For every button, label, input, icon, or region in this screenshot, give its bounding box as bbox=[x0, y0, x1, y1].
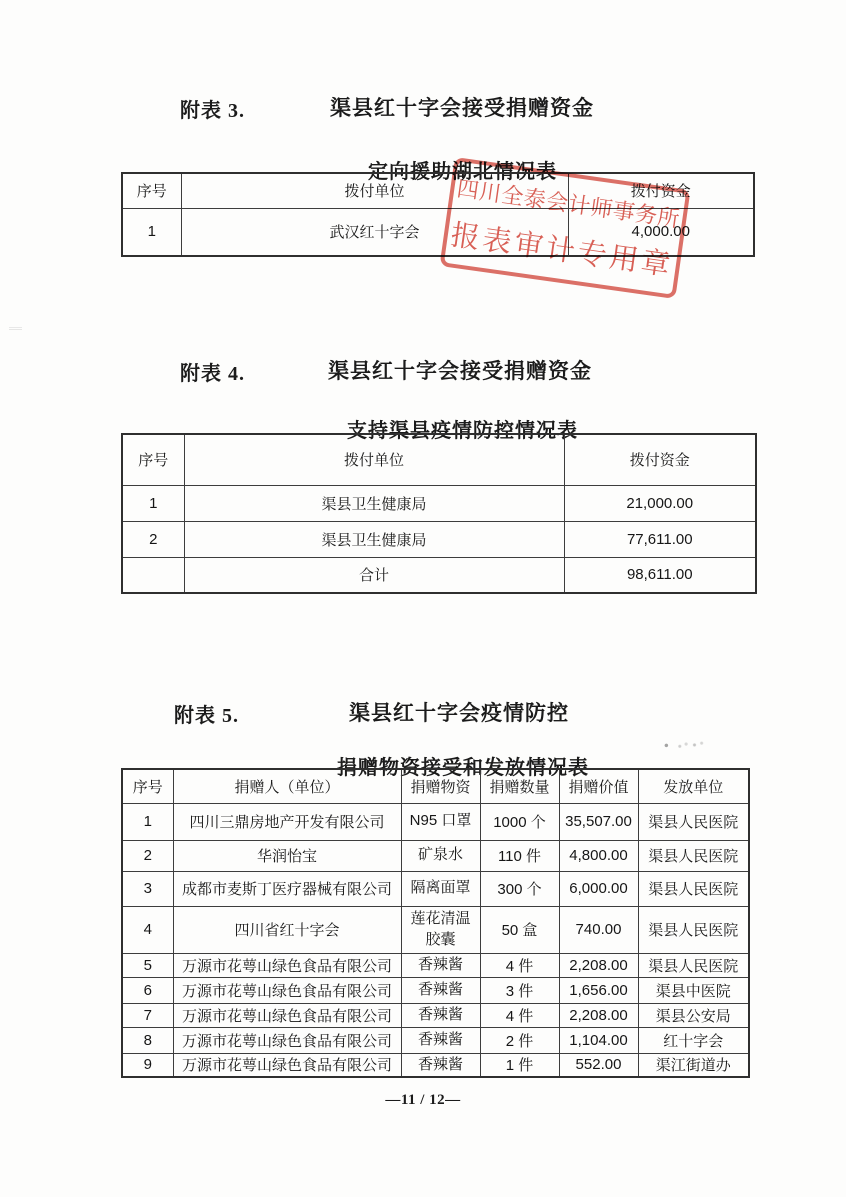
table-row: 8 万源市花萼山绿色食品有限公司 香辣酱 2 件 1,104.00 红十字会 bbox=[122, 1027, 749, 1053]
quantity-cell: 3 件 bbox=[480, 977, 559, 1003]
amount-cell: 77,611.00 bbox=[564, 521, 756, 557]
table-row: 7 万源市花萼山绿色食品有限公司 香辣酱 4 件 2,208.00 渠县公安局 bbox=[122, 1003, 749, 1027]
unit-cell: 渠县卫生健康局 bbox=[184, 521, 564, 557]
value-cell: 2,208.00 bbox=[559, 953, 638, 977]
seq-cell: 2 bbox=[122, 840, 173, 871]
col-header-seq: 序号 bbox=[122, 173, 181, 208]
table-donated-goods: 序号 捐赠人（单位） 捐赠物资 捐赠数量 捐赠价值 发放单位 1 四川三鼎房地产… bbox=[121, 768, 750, 1078]
value-cell: 2,208.00 bbox=[559, 1003, 638, 1027]
table-row: 4 四川省红十字会 莲花清温胶囊 50 盒 740.00 渠县人民医院 bbox=[122, 906, 749, 953]
quantity-cell: 50 盒 bbox=[480, 906, 559, 953]
seq-cell bbox=[122, 557, 184, 593]
quantity-cell: 2 件 bbox=[480, 1027, 559, 1053]
table-header-row: 序号 拨付单位 拨付资金 bbox=[122, 173, 754, 208]
amount-cell: 4,000.00 bbox=[568, 208, 754, 256]
table-total-row: 合计 98,611.00 bbox=[122, 557, 756, 593]
value-cell: 35,507.00 bbox=[559, 803, 638, 840]
quantity-cell: 110 件 bbox=[480, 840, 559, 871]
recipient-cell: 红十字会 bbox=[638, 1027, 749, 1053]
col-header-donor: 捐赠人（单位） bbox=[173, 769, 401, 803]
seq-cell: 1 bbox=[122, 208, 181, 256]
seq-cell: 9 bbox=[122, 1053, 173, 1077]
table-row: 3 成都市麦斯丁医疗器械有限公司 隔离面罩 300 个 6,000.00 渠县人… bbox=[122, 871, 749, 906]
seq-cell: 3 bbox=[122, 871, 173, 906]
goods-cell: 香辣酱 bbox=[401, 1027, 480, 1053]
value-cell: 1,656.00 bbox=[559, 977, 638, 1003]
quantity-cell: 4 件 bbox=[480, 953, 559, 977]
donor-cell: 华润怡宝 bbox=[173, 840, 401, 871]
section4-label: 附表 4. bbox=[180, 357, 245, 386]
seq-cell: 1 bbox=[122, 803, 173, 840]
recipient-cell: 渠江街道办 bbox=[638, 1053, 749, 1077]
seq-cell: 1 bbox=[122, 485, 184, 521]
table-row: 6 万源市花萼山绿色食品有限公司 香辣酱 3 件 1,656.00 渠县中医院 bbox=[122, 977, 749, 1003]
donor-cell: 万源市花萼山绿色食品有限公司 bbox=[173, 1003, 401, 1027]
table-row: 2 华润怡宝 矿泉水 110 件 4,800.00 渠县人民医院 bbox=[122, 840, 749, 871]
col-header-recipient: 发放单位 bbox=[638, 769, 749, 803]
donor-cell: 四川省红十字会 bbox=[173, 906, 401, 953]
quantity-cell: 1000 个 bbox=[480, 803, 559, 840]
goods-cell: 隔离面罩 bbox=[401, 871, 480, 906]
seq-cell: 7 bbox=[122, 1003, 173, 1027]
goods-cell: 香辣酱 bbox=[401, 1003, 480, 1027]
quantity-cell: 4 件 bbox=[480, 1003, 559, 1027]
donor-cell: 万源市花萼山绿色食品有限公司 bbox=[173, 953, 401, 977]
table-row: 5 万源市花萼山绿色食品有限公司 香辣酱 4 件 2,208.00 渠县人民医院 bbox=[122, 953, 749, 977]
seq-cell: 5 bbox=[122, 953, 173, 977]
recipient-cell: 渠县人民医院 bbox=[638, 871, 749, 906]
col-header-unit: 拨付单位 bbox=[184, 434, 564, 485]
table-row: 9 万源市花萼山绿色食品有限公司 香辣酱 1 件 552.00 渠江街道办 bbox=[122, 1053, 749, 1077]
seq-cell: 8 bbox=[122, 1027, 173, 1053]
table-row: 1 渠县卫生健康局 21,000.00 bbox=[122, 485, 756, 521]
recipient-cell: 渠县中医院 bbox=[638, 977, 749, 1003]
goods-cell: 香辣酱 bbox=[401, 953, 480, 977]
value-cell: 1,104.00 bbox=[559, 1027, 638, 1053]
recipient-cell: 渠县人民医院 bbox=[638, 953, 749, 977]
donor-cell: 万源市花萼山绿色食品有限公司 bbox=[173, 1053, 401, 1077]
amount-cell: 21,000.00 bbox=[564, 485, 756, 521]
table-header-row: 序号 捐赠人（单位） 捐赠物资 捐赠数量 捐赠价值 发放单位 bbox=[122, 769, 749, 803]
table-header-row: 序号 拨付单位 拨付资金 bbox=[122, 434, 756, 485]
recipient-cell: 渠县人民医院 bbox=[638, 906, 749, 953]
goods-cell: 莲花清温胶囊 bbox=[401, 906, 480, 953]
value-cell: 552.00 bbox=[559, 1053, 638, 1077]
unit-cell: 武汉红十字会 bbox=[181, 208, 568, 256]
donor-cell: 万源市花萼山绿色食品有限公司 bbox=[173, 977, 401, 1003]
scan-smudge bbox=[663, 740, 705, 749]
value-cell: 6,000.00 bbox=[559, 871, 638, 906]
section5-label: 附表 5. bbox=[174, 699, 239, 728]
goods-cell: 香辣酱 bbox=[401, 977, 480, 1003]
seq-cell: 2 bbox=[122, 521, 184, 557]
scan-margin-artifact bbox=[9, 327, 22, 332]
section3-title: 渠县红十字会接受捐赠资金 bbox=[330, 92, 594, 122]
total-amount-cell: 98,611.00 bbox=[564, 557, 756, 593]
table-qu-county-support: 序号 拨付单位 拨付资金 1 渠县卫生健康局 21,000.00 2 渠县卫生健… bbox=[121, 433, 757, 594]
donor-cell: 万源市花萼山绿色食品有限公司 bbox=[173, 1027, 401, 1053]
scanned-document-page: 附表 3. 渠县红十字会接受捐赠资金 定向援助湖北情况表 序号 拨付单位 拨付资… bbox=[0, 0, 846, 1197]
seq-cell: 4 bbox=[122, 906, 173, 953]
table-row: 1 四川三鼎房地产开发有限公司 N95 口罩 1000 个 35,507.00 … bbox=[122, 803, 749, 840]
recipient-cell: 渠县人民医院 bbox=[638, 803, 749, 840]
col-header-seq: 序号 bbox=[122, 769, 173, 803]
value-cell: 4,800.00 bbox=[559, 840, 638, 871]
col-header-amount: 拨付资金 bbox=[568, 173, 754, 208]
col-header-quantity: 捐赠数量 bbox=[480, 769, 559, 803]
unit-cell: 渠县卫生健康局 bbox=[184, 485, 564, 521]
goods-cell: 香辣酱 bbox=[401, 1053, 480, 1077]
col-header-amount: 拨付资金 bbox=[564, 434, 756, 485]
donor-cell: 四川三鼎房地产开发有限公司 bbox=[173, 803, 401, 840]
col-header-seq: 序号 bbox=[122, 434, 184, 485]
col-header-goods: 捐赠物资 bbox=[401, 769, 480, 803]
section5-title: 渠县红十字会疫情防控 bbox=[349, 697, 569, 727]
total-label-cell: 合计 bbox=[184, 557, 564, 593]
quantity-cell: 300 个 bbox=[480, 871, 559, 906]
seq-cell: 6 bbox=[122, 977, 173, 1003]
donor-cell: 成都市麦斯丁医疗器械有限公司 bbox=[173, 871, 401, 906]
section3-label: 附表 3. bbox=[180, 94, 245, 123]
section4-title: 渠县红十字会接受捐赠资金 bbox=[328, 355, 592, 385]
quantity-cell: 1 件 bbox=[480, 1053, 559, 1077]
value-cell: 740.00 bbox=[559, 906, 638, 953]
page-number: —11 / 12— bbox=[0, 1092, 846, 1109]
table-row: 2 渠县卫生健康局 77,611.00 bbox=[122, 521, 756, 557]
recipient-cell: 渠县人民医院 bbox=[638, 840, 749, 871]
goods-cell: 矿泉水 bbox=[401, 840, 480, 871]
recipient-cell: 渠县公安局 bbox=[638, 1003, 749, 1027]
col-header-unit: 拨付单位 bbox=[181, 173, 568, 208]
table-row: 1 武汉红十字会 4,000.00 bbox=[122, 208, 754, 256]
col-header-value: 捐赠价值 bbox=[559, 769, 638, 803]
table-hubei-aid: 序号 拨付单位 拨付资金 1 武汉红十字会 4,000.00 bbox=[121, 172, 755, 257]
goods-cell: N95 口罩 bbox=[401, 803, 480, 840]
